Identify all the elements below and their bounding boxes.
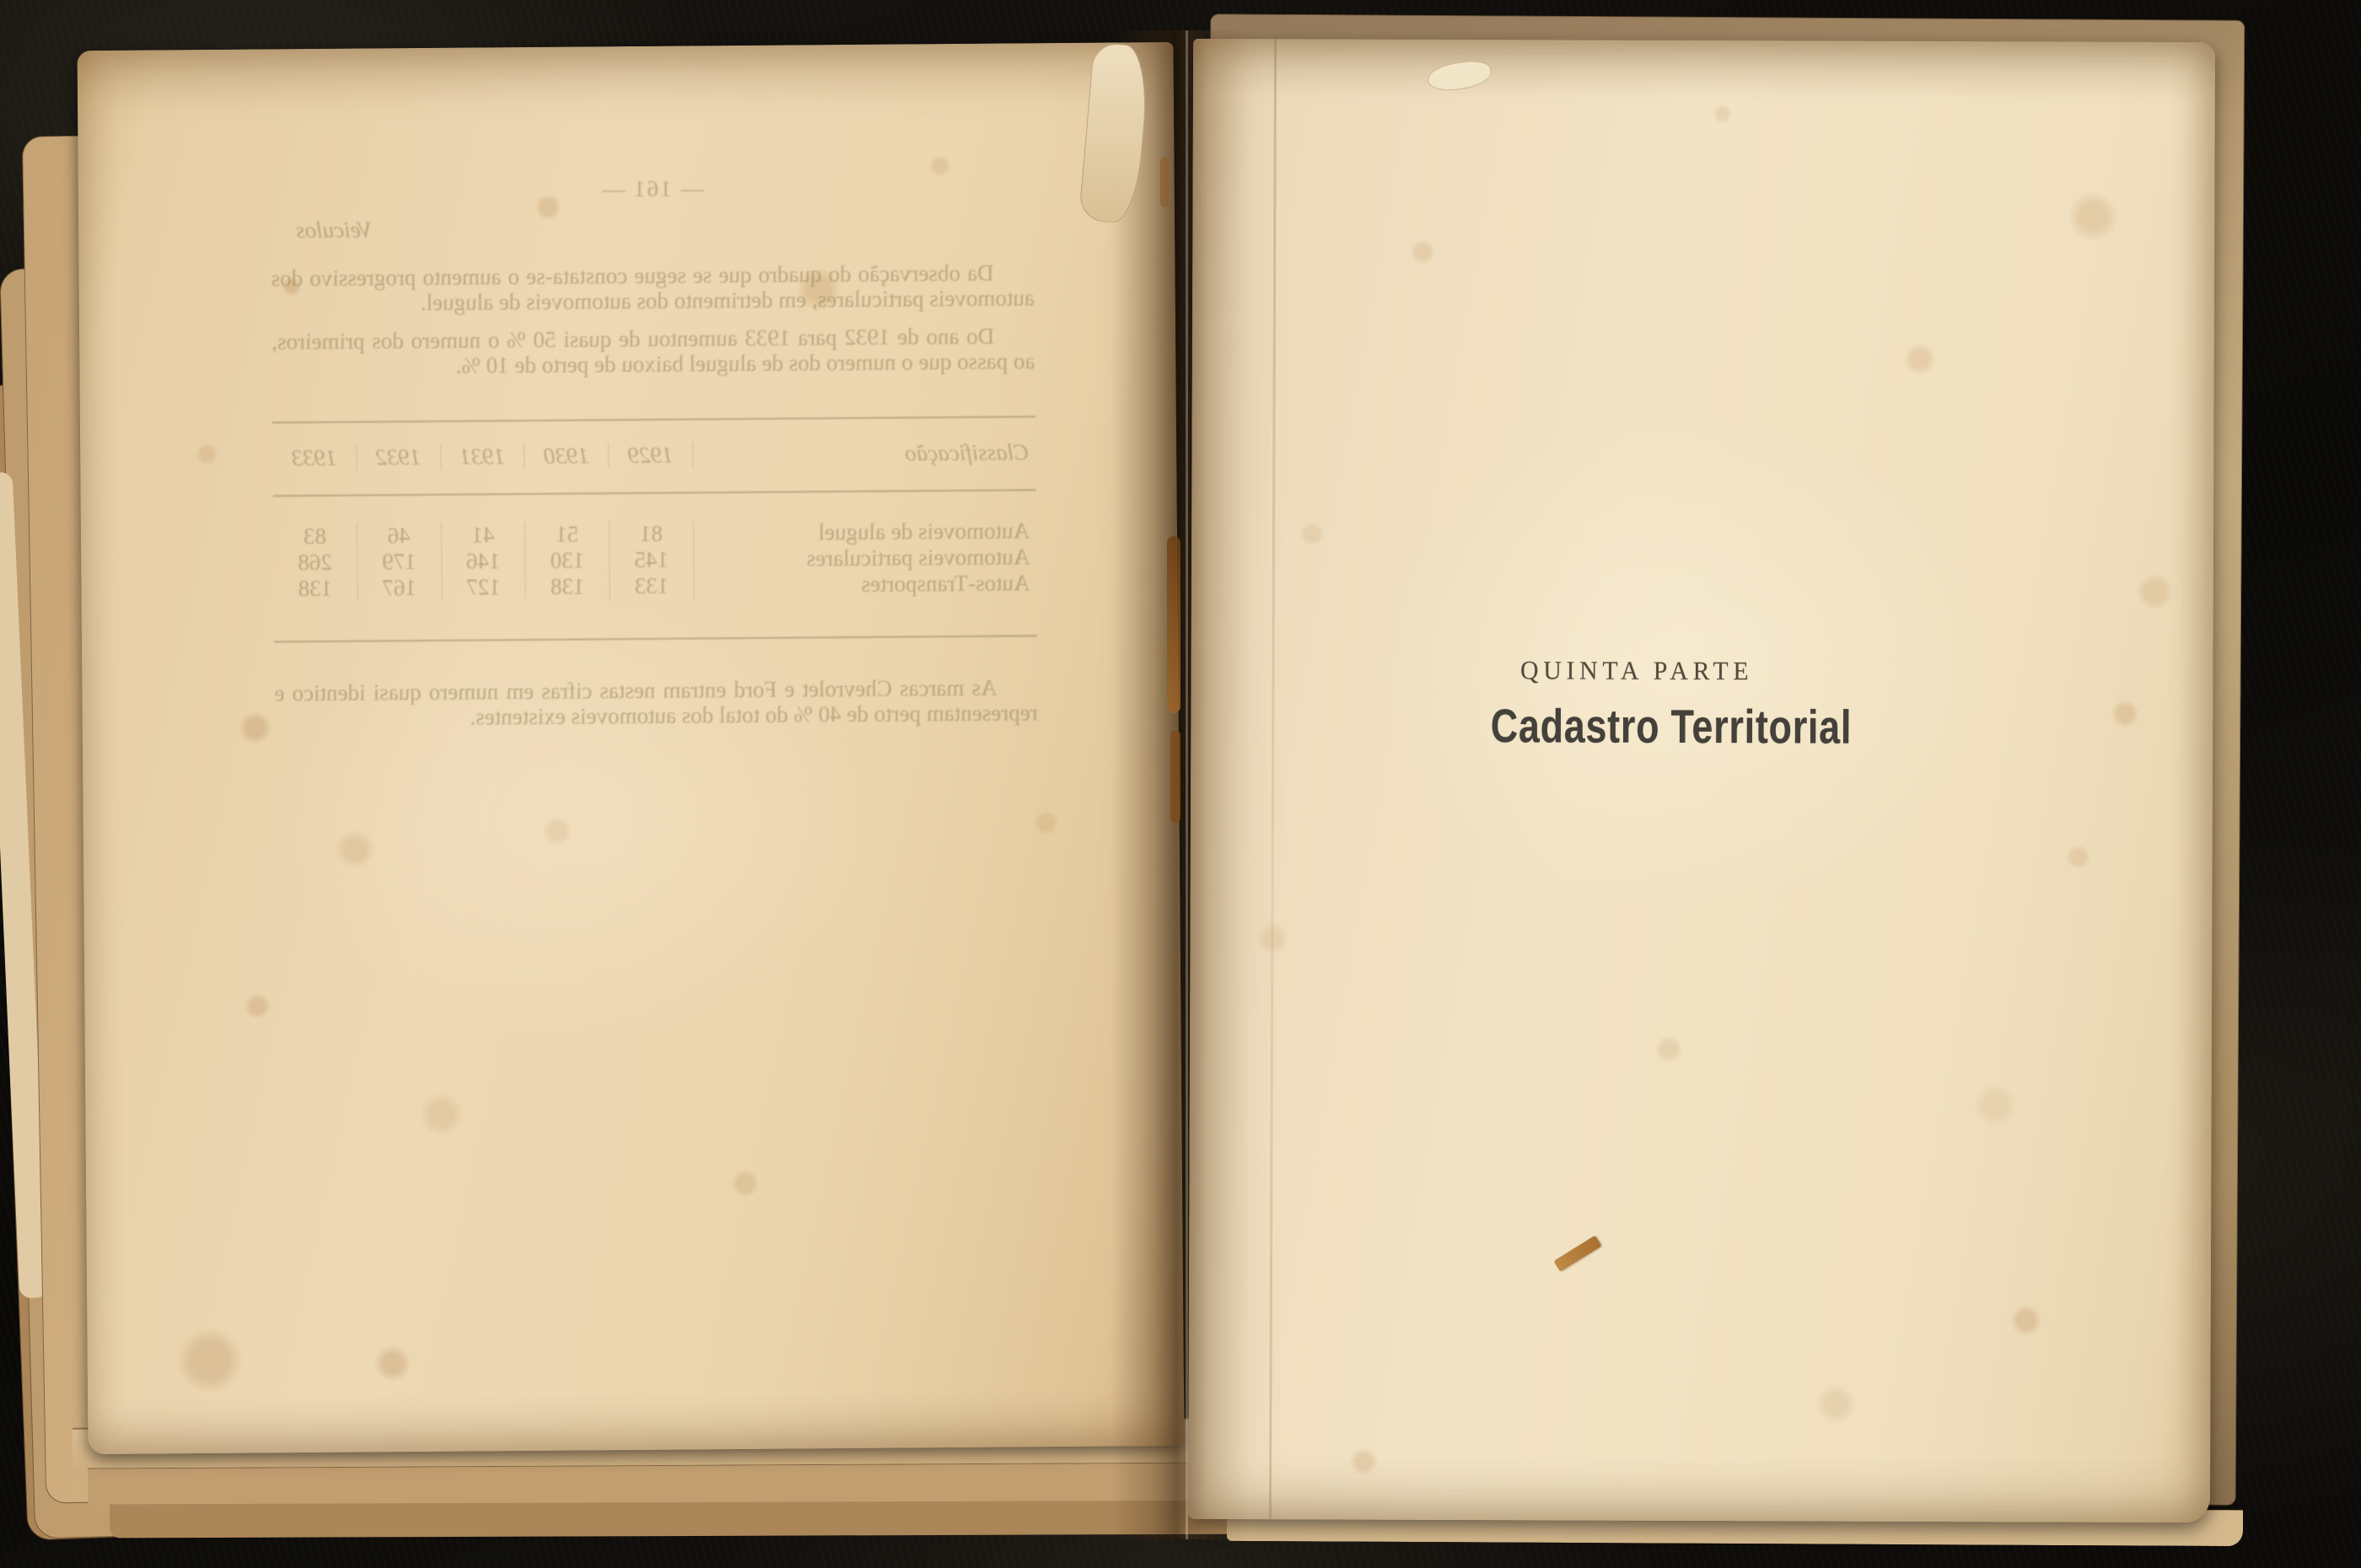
bleed-paragraph: Do ano de 1932 para 1933 aumentou de qua…: [272, 324, 1035, 379]
bleed-table-column: Classificação: [693, 439, 1035, 468]
bleed-table-column: 1929: [609, 442, 693, 469]
part-heading: QUINTA PARTE: [1331, 651, 2012, 690]
bleed-table-row-label: Automoveis de aluguel: [694, 518, 1036, 546]
bleed-table-cell: 46: [358, 523, 442, 550]
left-page: — 161 — Veiculos Da observação do quadro…: [77, 42, 1184, 1454]
bleed-statistics-table: Classificação19291930193119321933Automov…: [272, 416, 1037, 642]
bleed-paragraph: As marcas Chevrolet e Ford entram nestas…: [274, 675, 1037, 731]
bleed-table-cell: 268: [273, 550, 358, 577]
bleed-table-column: 1932: [357, 444, 441, 471]
bleed-table-column: 1931: [441, 443, 525, 470]
left-bottom-page-edges: [110, 1501, 1273, 1538]
bleed-table-column: 1930: [524, 443, 609, 470]
bleed-through-text: — 161 — Veiculos Da observação do quadro…: [271, 174, 1038, 731]
bleed-table-row-label: Autos-Transportes: [694, 570, 1036, 599]
paper-scrap: [1553, 1235, 1601, 1271]
bleed-table-cell: 51: [525, 521, 610, 548]
bleed-table-header: Classificação19291930193119321933: [272, 417, 1036, 497]
part-title: Cadastro Territorial: [1491, 701, 1853, 752]
section-title-block: QUINTA PARTE Cadastro Territorial: [1317, 651, 2025, 753]
bleed-table-cell: 138: [273, 576, 358, 603]
bleed-table-cell: 81: [610, 520, 694, 547]
bleed-table-column: 1933: [272, 445, 357, 472]
bleed-table-cell: 41: [441, 522, 525, 549]
bleed-table-row-label: Automoveis particulares: [694, 544, 1036, 572]
right-page: QUINTA PARTE Cadastro Territorial: [1188, 39, 2215, 1522]
bleed-table-cell: 167: [358, 575, 442, 602]
bleed-table-cell: 179: [358, 549, 442, 576]
bleed-table-row: Autos-Transportes133138127167138: [273, 570, 1036, 602]
bleed-page-number: — 161 —: [271, 174, 1034, 205]
bleed-table-cell: 146: [442, 548, 526, 575]
bleed-running-head: Veiculos: [271, 212, 1034, 244]
torn-paper-bit: [1426, 58, 1493, 94]
page-crease: [1269, 39, 1277, 1519]
bleed-table-cell: 130: [525, 547, 610, 574]
bleed-table-cell: 138: [526, 573, 610, 600]
bleed-table-cell: 133: [610, 572, 694, 599]
bleed-paragraph: Da observação do quadro que se segue con…: [272, 260, 1035, 316]
bleed-table-cell: 127: [442, 574, 526, 601]
bleed-table-cell: 83: [273, 524, 358, 550]
spine-crease-highlight: [1186, 30, 1188, 1539]
open-book-photo: — 161 — Veiculos Da observação do quadro…: [0, 0, 2361, 1568]
bleed-table-cell: 145: [610, 546, 694, 573]
